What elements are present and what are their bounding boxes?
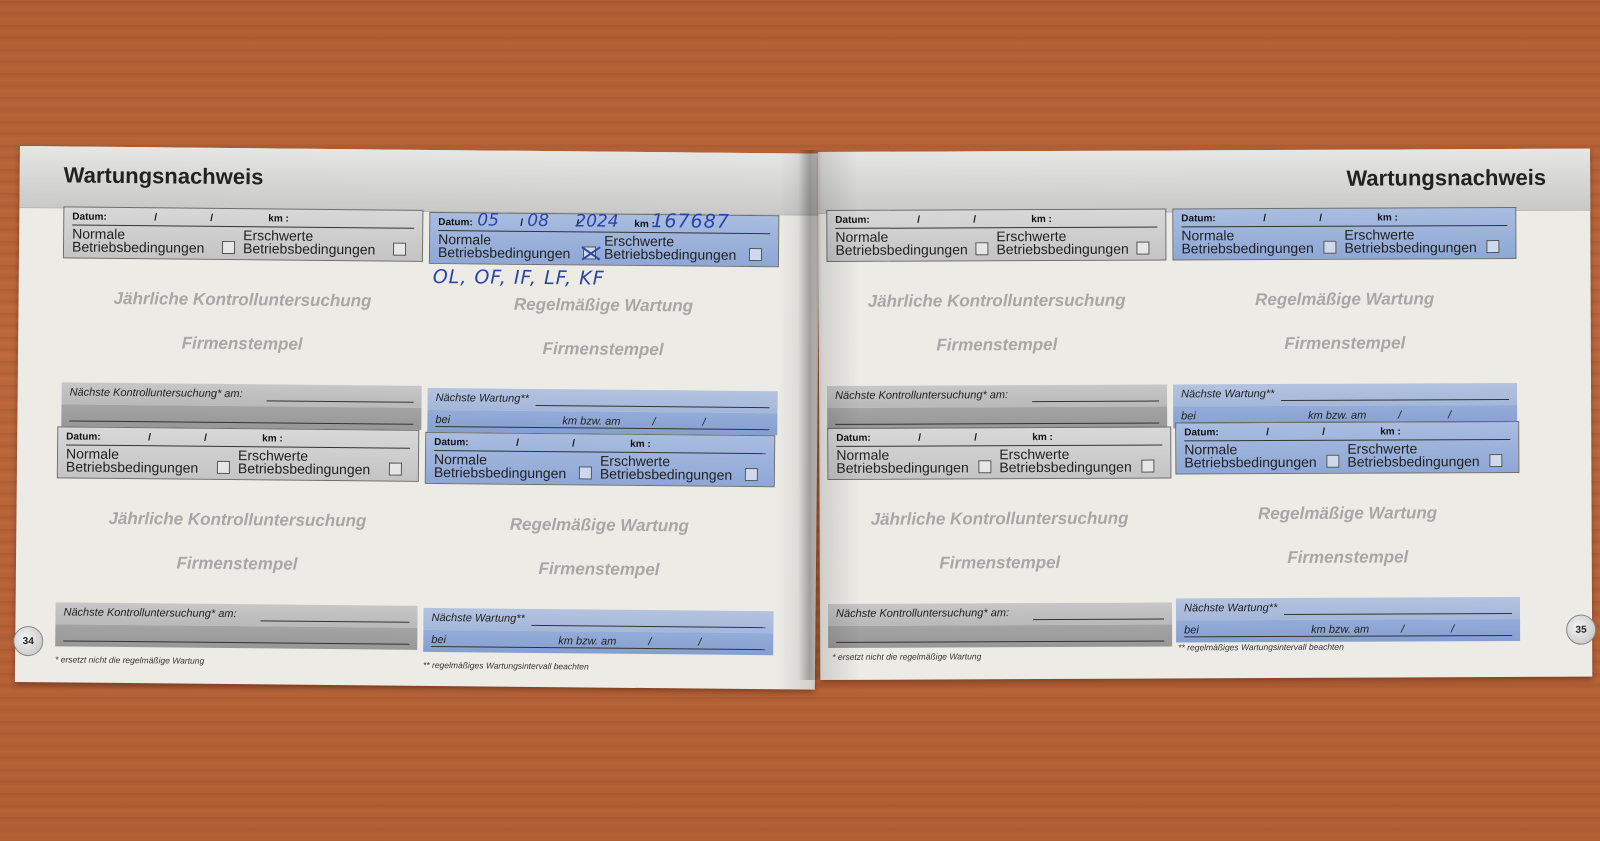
service-entry-card: Datum: / / km : NormaleBetriebsbedingung… (423, 432, 775, 655)
detail-line (836, 640, 1164, 642)
date-separator: / (1401, 623, 1404, 635)
date-separator: / (1322, 427, 1325, 438)
date-label: Datum: (72, 212, 107, 223)
km-bzw-label: km bzw. am (562, 415, 620, 428)
entry-header: Datum: / / km : NormaleBetriebsbedingung… (826, 208, 1166, 261)
normal-conditions-option[interactable]: NormaleBetriebsbedingungen (66, 447, 238, 475)
date-label: Datum: (1184, 427, 1219, 438)
footnote-inspection: * ersetzt nicht die regelmäßige Wartung (55, 654, 204, 665)
date-separator: / (148, 432, 151, 443)
next-due-label: Nächste Kontrolluntersuchung* am: (836, 607, 1009, 620)
detail-line (435, 426, 769, 430)
stamp-area[interactable]: Jährliche Kontrolluntersuchung Firmenste… (56, 478, 419, 605)
date-separator: / (698, 637, 701, 649)
hard-conditions-option[interactable]: ErschwerteBetriebsbedingungen (999, 448, 1162, 475)
hard-conditions-checkbox[interactable] (745, 468, 758, 481)
hard-conditions-option[interactable]: ErschwerteBetriebsbedingungen (996, 230, 1157, 257)
km-bzw-label: km bzw. am (558, 635, 616, 648)
entry-header: Datum: / / km : NormaleBetriebsbedingung… (1175, 421, 1519, 475)
normal-conditions-label: NormaleBetriebsbedingungen (438, 233, 583, 260)
entry-title: Regelmäßige Wartung (428, 294, 778, 317)
next-due-label: Nächste Kontrolluntersuchung* am: (70, 386, 243, 400)
hard-conditions-label: ErschwerteBetriebsbedingungen (604, 235, 749, 262)
entry-header: Datum: / / km : NormaleBetriebsbedingung… (57, 426, 419, 481)
stamp-area[interactable]: Regelmäßige Wartung Firmenstempel (424, 484, 775, 611)
date-label: Datum: (434, 437, 469, 448)
next-due-row[interactable]: Nächste Kontrolluntersuchung* am: (828, 602, 1172, 626)
normal-conditions-option[interactable]: NormaleBetriebsbedingungen (434, 453, 600, 481)
stamp-area[interactable]: Regelmäßige Wartung Firmenstempel (1172, 259, 1517, 384)
company-stamp-label: Firmenstempel (56, 552, 418, 575)
next-due-line (1281, 399, 1509, 401)
km-label: km : (1380, 426, 1401, 437)
entry-header: Datum: / / km : NormaleBetriebsbedingung… (425, 432, 775, 487)
date-label: Datum: (66, 431, 101, 442)
date-separator: / (572, 438, 575, 449)
date-km-line[interactable]: Datum: / / km : (836, 432, 1162, 447)
next-due-detail-row[interactable]: bei km bzw. am / / (1176, 619, 1520, 643)
next-due-label: Nächste Kontrolluntersuchung* am: (835, 389, 1008, 402)
next-due-row[interactable]: Nächste Wartung** (1176, 597, 1520, 621)
date-separator: / (974, 432, 977, 443)
date-separator: / (1319, 213, 1322, 224)
stamp-area[interactable]: Regelmäßige Wartung Firmenstempel (1175, 473, 1520, 598)
date-label: Datum: (836, 433, 871, 444)
normal-conditions-option[interactable]: NormaleBetriebsbedingungen (1184, 443, 1347, 470)
date-separator: / (520, 218, 523, 229)
next-due-line (536, 405, 770, 408)
page-title: Wartungsnachweis (64, 162, 264, 190)
service-entry-card: Datum: / / km : NormaleBetriebsbedingung… (427, 212, 779, 435)
hard-conditions-label: ErschwerteBetriebsbedingungen (1344, 228, 1486, 255)
normal-conditions-option[interactable]: NormaleBetriebsbedingungen (438, 233, 604, 261)
hard-conditions-checkbox[interactable] (389, 463, 402, 476)
detail-line (63, 640, 409, 644)
hard-conditions-option[interactable]: ErschwerteBetriebsbedingungen (1344, 228, 1507, 255)
date-km-line[interactable]: Datum: / / km : (1184, 426, 1510, 441)
normal-conditions-option[interactable]: NormaleBetriebsbedingungen (1181, 229, 1344, 256)
entry-title: Jährliche Kontrolluntersuchung (56, 508, 418, 531)
km-label: km : (1377, 212, 1398, 223)
date-separator: / (204, 433, 207, 444)
date-separator: / (1263, 213, 1266, 224)
km-label: km : (1031, 214, 1052, 225)
date-separator: / (1451, 623, 1454, 635)
bei-label: bei (435, 414, 450, 426)
date-label: Datum: (438, 217, 473, 228)
km-bzw-label: km bzw. am (1308, 410, 1366, 422)
next-due-line (1284, 613, 1512, 615)
bei-label: bei (1184, 624, 1199, 636)
km-label: km : (1032, 432, 1053, 443)
company-stamp-label: Firmenstempel (424, 558, 774, 581)
date-separator: / (516, 438, 519, 449)
normal-conditions-checkbox[interactable] (583, 246, 596, 259)
next-due-detail-row[interactable]: bei km bzw. am / / (423, 630, 773, 655)
service-entry-card: Datum: / / km : NormaleBetriebsbedingung… (1175, 421, 1520, 642)
hard-conditions-option[interactable]: ErschwerteBetriebsbedingungen (1347, 442, 1510, 469)
entry-title: Regelmäßige Wartung (1173, 289, 1517, 311)
date-km-line[interactable]: Datum: / / km : (835, 214, 1157, 229)
company-stamp-label: Firmenstempel (827, 334, 1167, 355)
detail-line (1184, 635, 1512, 637)
next-due-label: Nächste Wartung** (1184, 602, 1277, 614)
date-label: Datum: (835, 215, 870, 226)
inspection-entry-card: Datum: / / km : NormaleBetriebsbedingung… (61, 206, 423, 429)
stamp-area[interactable]: Jährliche Kontrolluntersuchung Firmenste… (62, 258, 423, 385)
km-label: km : (268, 213, 289, 224)
hard-conditions-checkbox[interactable] (1489, 454, 1502, 467)
hard-conditions-option[interactable]: ErschwerteBetriebsbedingungen (604, 235, 770, 263)
next-due-label: Nächste Wartung** (431, 612, 524, 625)
page-number: 34 (13, 626, 43, 656)
date-label: Datum: (1181, 213, 1216, 224)
hard-conditions-label: ErschwerteBetriebsbedingungen (600, 455, 745, 482)
next-due-line (1033, 618, 1164, 620)
left-page: Wartungsnachweis Datum: / / km : Normale… (15, 146, 820, 690)
inspection-entry-card: Datum: / / km : NormaleBetriebsbedingung… (827, 426, 1172, 647)
company-stamp-label: Firmenstempel (428, 338, 778, 361)
hard-conditions-checkbox[interactable] (393, 243, 406, 256)
hard-conditions-option[interactable]: ErschwerteBetriebsbedingungen (243, 229, 414, 257)
next-due-line (1032, 401, 1159, 403)
date-separator: / (973, 214, 976, 225)
entry-header: Datum: / / km : NormaleBetriebsbedingung… (63, 206, 423, 261)
date-separator: / (702, 417, 705, 429)
date-separator: / (917, 215, 920, 226)
footnote-inspection: * ersetzt nicht die regelmäßige Wartung (832, 651, 981, 662)
entry-header: Datum: / / km : NormaleBetriebsbedingung… (827, 426, 1171, 480)
detail-line (431, 646, 765, 650)
page-number: 35 (1566, 615, 1596, 645)
hard-conditions-checkbox[interactable] (1136, 242, 1149, 255)
company-stamp-label: Firmenstempel (1176, 547, 1520, 569)
entry-title: Jährliche Kontrolluntersuchung (62, 288, 422, 311)
date-km-line[interactable]: Datum: / / km : (1181, 212, 1507, 227)
footnote-service: ** regelmäßiges Wartungsintervall beacht… (1178, 642, 1344, 653)
footnote-service: ** regelmäßiges Wartungsintervall beacht… (423, 660, 589, 672)
km-bzw-label: km bzw. am (1311, 624, 1369, 636)
hard-conditions-label: ErschwerteBetriebsbedingungen (1347, 442, 1489, 469)
detail-line (69, 420, 413, 424)
normal-conditions-label: NormaleBetriebsbedingungen (1181, 229, 1323, 256)
next-due-line (531, 625, 765, 628)
normal-conditions-checkbox[interactable] (978, 460, 991, 473)
company-stamp-label: Firmenstempel (828, 552, 1172, 574)
normal-conditions-label: NormaleBetriebsbedingungen (1184, 443, 1326, 470)
normal-conditions-checkbox[interactable] (975, 242, 988, 255)
date-separator: / (1448, 409, 1451, 421)
normal-conditions-checkbox[interactable] (579, 466, 592, 479)
date-separator: / (154, 212, 157, 223)
hard-conditions-checkbox[interactable] (1141, 460, 1154, 473)
date-separator: / (652, 416, 655, 428)
company-stamp-label: Firmenstempel (62, 332, 422, 355)
normal-conditions-checkbox[interactable] (222, 241, 235, 254)
company-stamp-label: Firmenstempel (1173, 333, 1517, 355)
next-due-detail-row[interactable] (828, 624, 1172, 648)
entry-title: Jährliche Kontrolluntersuchung (827, 290, 1167, 311)
next-due-row[interactable]: Nächste Kontrolluntersuchung* am: (827, 384, 1167, 407)
bei-label: bei (1181, 410, 1196, 422)
next-due-line (260, 620, 409, 622)
page-title: Wartungsnachweis (1346, 165, 1546, 192)
hard-conditions-label: ErschwerteBetriebsbedingungen (238, 449, 389, 476)
next-due-row[interactable]: Nächste Wartung** (1173, 383, 1517, 407)
handwritten-day: 05 (477, 210, 499, 230)
normal-conditions-option[interactable]: NormaleBetriebsbedingungen (72, 228, 243, 256)
next-due-detail-row[interactable] (55, 624, 417, 649)
handwritten-year: 2024 (575, 211, 618, 231)
entry-title: Regelmäßige Wartung (1176, 503, 1520, 525)
date-separator: / (1266, 427, 1269, 438)
normal-conditions-checkbox[interactable] (217, 461, 230, 474)
normal-conditions-label: NormaleBetriebsbedingungen (835, 230, 975, 257)
entry-title: Regelmäßige Wartung (424, 514, 774, 537)
next-due-label: Nächste Wartung** (1181, 388, 1274, 400)
stamp-area[interactable]: Jährliche Kontrolluntersuchung Firmenste… (827, 478, 1172, 603)
hard-conditions-label: ErschwerteBetriebsbedingungen (996, 230, 1136, 257)
detail-line (835, 423, 1159, 425)
normal-conditions-label: NormaleBetriebsbedingungen (72, 228, 222, 255)
service-entry-card: Datum: / / km : NormaleBetriebsbedingung… (1172, 207, 1517, 428)
hard-conditions-label: ErschwerteBetriebsbedingungen (243, 229, 393, 256)
km-label: km : (262, 433, 283, 444)
normal-conditions-option[interactable]: NormaleBetriebsbedingungen (835, 230, 996, 257)
hard-conditions-option[interactable]: ErschwerteBetriebsbedingungen (238, 449, 410, 477)
date-separator: / (1398, 409, 1401, 421)
hard-conditions-option[interactable]: ErschwerteBetriebsbedingungen (600, 455, 766, 483)
bei-label: bei (431, 634, 446, 646)
handwritten-month: 08 (527, 211, 549, 231)
normal-conditions-label: NormaleBetriebsbedingungen (836, 448, 978, 475)
entry-title: Jährliche Kontrolluntersuchung (828, 508, 1172, 530)
next-due-line (267, 400, 414, 402)
handwritten-service-notes: OL, OF, IF, LF, KF (433, 266, 605, 290)
handwritten-km: 167687 (651, 210, 730, 233)
hard-conditions-checkbox[interactable] (1486, 240, 1499, 253)
normal-conditions-label: NormaleBetriebsbedingungen (66, 447, 217, 474)
normal-conditions-checkbox[interactable] (1326, 455, 1339, 468)
normal-conditions-option[interactable]: NormaleBetriebsbedingungen (836, 448, 999, 475)
hard-conditions-checkbox[interactable] (749, 248, 762, 261)
hard-conditions-label: ErschwerteBetriebsbedingungen (999, 448, 1141, 475)
stamp-area[interactable]: Jährliche Kontrolluntersuchung Firmenste… (826, 260, 1167, 385)
next-due-label: Nächste Wartung** (436, 392, 529, 405)
date-separator: / (210, 213, 213, 224)
km-label: km : (630, 439, 651, 450)
date-separator: / (648, 636, 651, 648)
next-due-label: Nächste Kontrolluntersuchung* am: (63, 606, 236, 620)
normal-conditions-label: NormaleBetriebsbedingungen (434, 453, 579, 480)
date-separator: / (918, 433, 921, 444)
right-page: Wartungsnachweis Datum: / / km : Normale… (818, 149, 1592, 680)
inspection-entry-card: Datum: / / km : NormaleBetriebsbedingung… (826, 208, 1167, 429)
entry-header: Datum: / / km : NormaleBetriebsbedingung… (1172, 207, 1516, 261)
normal-conditions-checkbox[interactable] (1323, 241, 1336, 254)
inspection-entry-card: Datum: / / km : NormaleBetriebsbedingung… (55, 426, 419, 649)
